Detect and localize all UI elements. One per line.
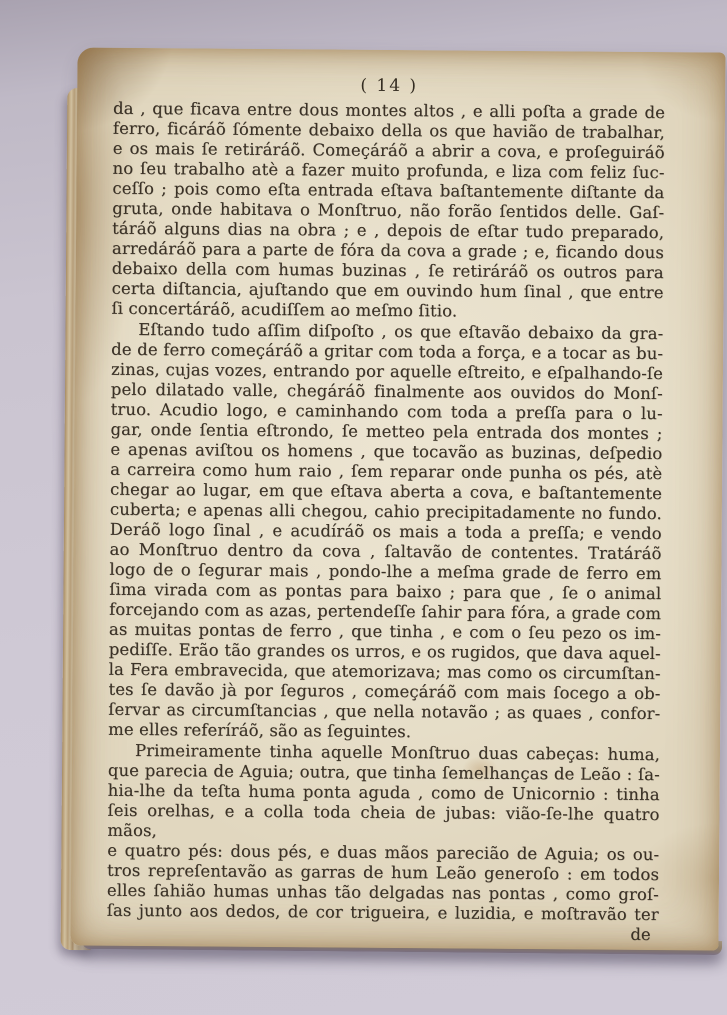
paragraph: Primeiramente tinha aquelle Monſtruo dua… xyxy=(107,740,660,925)
page-text-block: ( 14 ) da , que ficava entre dous montes… xyxy=(107,74,666,945)
page-number: ( 14 ) xyxy=(113,74,665,99)
text-line: ſeis orelhas, e a colla toda cheia de ju… xyxy=(107,800,659,844)
paragraphs-container: da , que ficava entre dous montes altos … xyxy=(107,99,665,925)
book-page: ( 14 ) da , que ficava entre dous montes… xyxy=(70,47,725,950)
paragraph: Eſtando tudo aſſim diſpoſto , os que eſt… xyxy=(108,319,663,744)
paragraph: da , que ficava entre dous montes altos … xyxy=(111,99,665,324)
